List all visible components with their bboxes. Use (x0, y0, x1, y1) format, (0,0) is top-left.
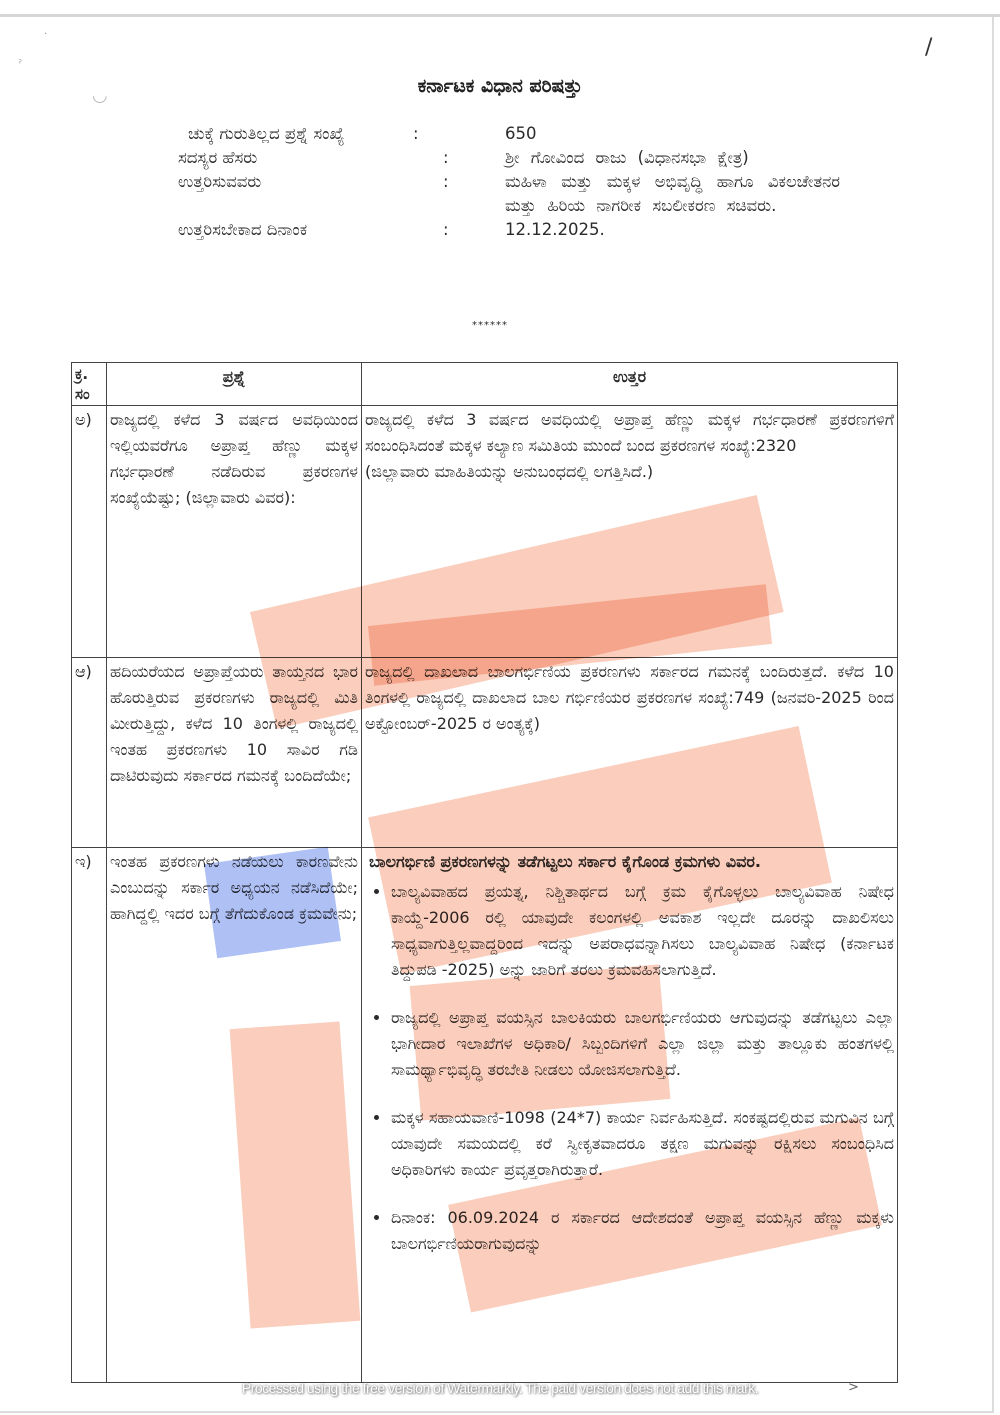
meta-label: ಉತ್ತರಿಸುವವರು (178, 170, 443, 218)
row-serial: ಆ) (72, 658, 107, 848)
meta-colon: : (443, 146, 505, 170)
section-separator: ****** (0, 320, 980, 331)
meta-value: ಮಹಿಳಾ ಮತ್ತು ಮಕ್ಕಳ ಅಭಿವೃದ್ಧಿ ಹಾಗೂ ವಿಕಲಚೇತ… (505, 170, 840, 218)
page-number-mark: / (925, 35, 932, 60)
question-metadata: ಚುಕ್ಕೆ ಗುರುತಿಲ್ಲದ ಪ್ರಶ್ನೆ ಸಂಖ್ಯೆ : 650 ಸ… (178, 122, 858, 242)
meta-respondent: ಉತ್ತರಿಸುವವರು : ಮಹಿಳಾ ಮತ್ತು ಮಕ್ಕಳ ಅಭಿವೃದ್… (178, 170, 858, 218)
list-item: ಮಕ್ಕಳ ಸಹಾಯವಾಣಿ-1098 (24*7) ಕಾರ್ಯ ನಿರ್ವಹಿ… (391, 1105, 894, 1183)
meta-answer-date: ಉತ್ತರಿಸಬೇಕಾದ ದಿನಾಂಕ : 12.12.2025. (178, 218, 858, 242)
list-item: ಬಾಲ್ಯವಿವಾಹದ ಪ್ರಯತ್ನ, ನಿಶ್ಚಿತಾರ್ಥದ ಬಗ್ಗೆ … (391, 879, 894, 983)
header-question: ಪ್ರಶ್ನೆ (107, 363, 362, 406)
meta-colon: : (443, 170, 505, 218)
row-answer: ರಾಜ್ಯದಲ್ಲಿ ದಾಖಲಾದ ಬಾಲಗರ್ಭಿಣಿಯ ಪ್ರಕರಣಗಳು … (362, 658, 898, 848)
table-header-row: ಕ್ರ. ಸಂ ಪ್ರಶ್ನೆ ಉತ್ತರ (72, 363, 898, 406)
row-question: ರಾಜ್ಯದಲ್ಲಿ ಕಳೆದ 3 ವರ್ಷದ ಅವಧಿಯಿಂದ ಇಲ್ಲಿಯವ… (107, 406, 362, 658)
meta-label: ಚುಕ್ಕೆ ಗುರುತಿಲ್ಲದ ಪ್ರಶ್ನೆ ಸಂಖ್ಯೆ (178, 122, 443, 146)
list-item: ರಾಜ್ಯದಲ್ಲಿ ಅಪ್ರಾಪ್ತ ವಯಸ್ಸಿನ ಬಾಲಕಿಯರು ಬಾಲ… (391, 1005, 894, 1083)
meta-value: 650 (505, 122, 840, 146)
meta-colon: : (443, 218, 505, 242)
header-answer: ಉತ್ತರ (362, 363, 898, 406)
measures-list: ಬಾಲ್ಯವಿವಾಹದ ಪ್ರಯತ್ನ, ನಿಶ್ಚಿತಾರ್ಥದ ಬಗ್ಗೆ … (365, 879, 894, 1257)
row-question: ಇಂತಹ ಪ್ರಕರಣಗಳು ನಡೆಯಲು ಕಾರಣವೇನು ಎಂಬುದನ್ನು… (107, 848, 362, 1383)
meta-question-number: ಚುಕ್ಕೆ ಗುರುತಿಲ್ಲದ ಪ್ರಶ್ನೆ ಸಂಖ್ಯೆ : 650 (178, 122, 858, 146)
measures-heading: ಬಾಲಗರ್ಭಿಣಿ ಪ್ರಕರಣಗಳನ್ನು ತಡೆಗಟ್ಟಲು ಸರ್ಕಾರ… (365, 849, 894, 875)
arrow-icon: > (848, 1380, 859, 1395)
answer-text: ರಾಜ್ಯದಲ್ಲಿ ಕಳೆದ 3 ವರ್ಷದ ಅವಧಿಯಲ್ಲಿ ಅಪ್ರಾಪ… (365, 407, 894, 459)
row-serial: ಇ) (72, 848, 107, 1383)
table-row: ಅ) ರಾಜ್ಯದಲ್ಲಿ ಕಳೆದ 3 ವರ್ಷದ ಅವಧಿಯಿಂದ ಇಲ್ಲ… (72, 406, 898, 658)
meta-colon: : (413, 122, 505, 146)
viewer-top-bar (0, 0, 1000, 17)
scan-speck: ˀ (18, 57, 22, 70)
question-answer-table: ಕ್ರ. ಸಂ ಪ್ರಶ್ನೆ ಉತ್ತರ ಅ) ರಾಜ್ಯದಲ್ಲಿ ಕಳೆದ… (71, 362, 898, 1383)
row-serial: ಅ) (72, 406, 107, 658)
meta-value: 12.12.2025. (505, 218, 840, 242)
meta-label: ಉತ್ತರಿಸಬೇಕಾದ ದಿನಾಂಕ (178, 218, 443, 242)
table-row: ಆ) ಹದಿಯರೆಯದ ಅಪ್ರಾಪ್ತೆಯರು ತಾಯ್ತನದ ಭಾರ ಹೊರ… (72, 658, 898, 848)
row-answer: ಬಾಲಗರ್ಭಿಣಿ ಪ್ರಕರಣಗಳನ್ನು ತಡೆಗಟ್ಟಲು ಸರ್ಕಾರ… (362, 848, 898, 1383)
document-title: ಕರ್ನಾಟಕ ವಿಧಾನ ಪರಿಷತ್ತು (0, 75, 1000, 97)
list-item: ದಿನಾಂಕ: 06.09.2024 ರ ಸರ್ಕಾರದ ಆದೇಶದಂತೆ ಅಪ… (391, 1205, 894, 1257)
header-serial-number: ಕ್ರ. ಸಂ (72, 363, 107, 406)
meta-value: ಶ್ರೀ ಗೋವಿಂದ ರಾಜು (ವಿಧಾನಸಭಾ ಕ್ಷೇತ್ರ) (505, 146, 840, 170)
meta-member-name: ಸದಸ್ಯರ ಹೆಸರು : ಶ್ರೀ ಗೋವಿಂದ ರಾಜು (ವಿಧಾನಸಭ… (178, 146, 858, 170)
scan-speck: · (44, 27, 48, 40)
answer-note: (ಜಿಲ್ಲಾವಾರು ಮಾಹಿತಿಯನ್ನು ಅನುಬಂಧದಲ್ಲಿ ಲಗತ್… (365, 459, 894, 485)
table-row: ಇ) ಇಂತಹ ಪ್ರಕರಣಗಳು ನಡೆಯಲು ಕಾರಣವೇನು ಎಂಬುದನ… (72, 848, 898, 1383)
meta-label: ಸದಸ್ಯರ ಹೆಸರು (178, 146, 443, 170)
row-question: ಹದಿಯರೆಯದ ಅಪ್ರಾಪ್ತೆಯರು ತಾಯ್ತನದ ಭಾರ ಹೊರುತ್… (107, 658, 362, 848)
row-answer: ರಾಜ್ಯದಲ್ಲಿ ಕಳೆದ 3 ವರ್ಷದ ಅವಧಿಯಲ್ಲಿ ಅಪ್ರಾಪ… (362, 406, 898, 658)
